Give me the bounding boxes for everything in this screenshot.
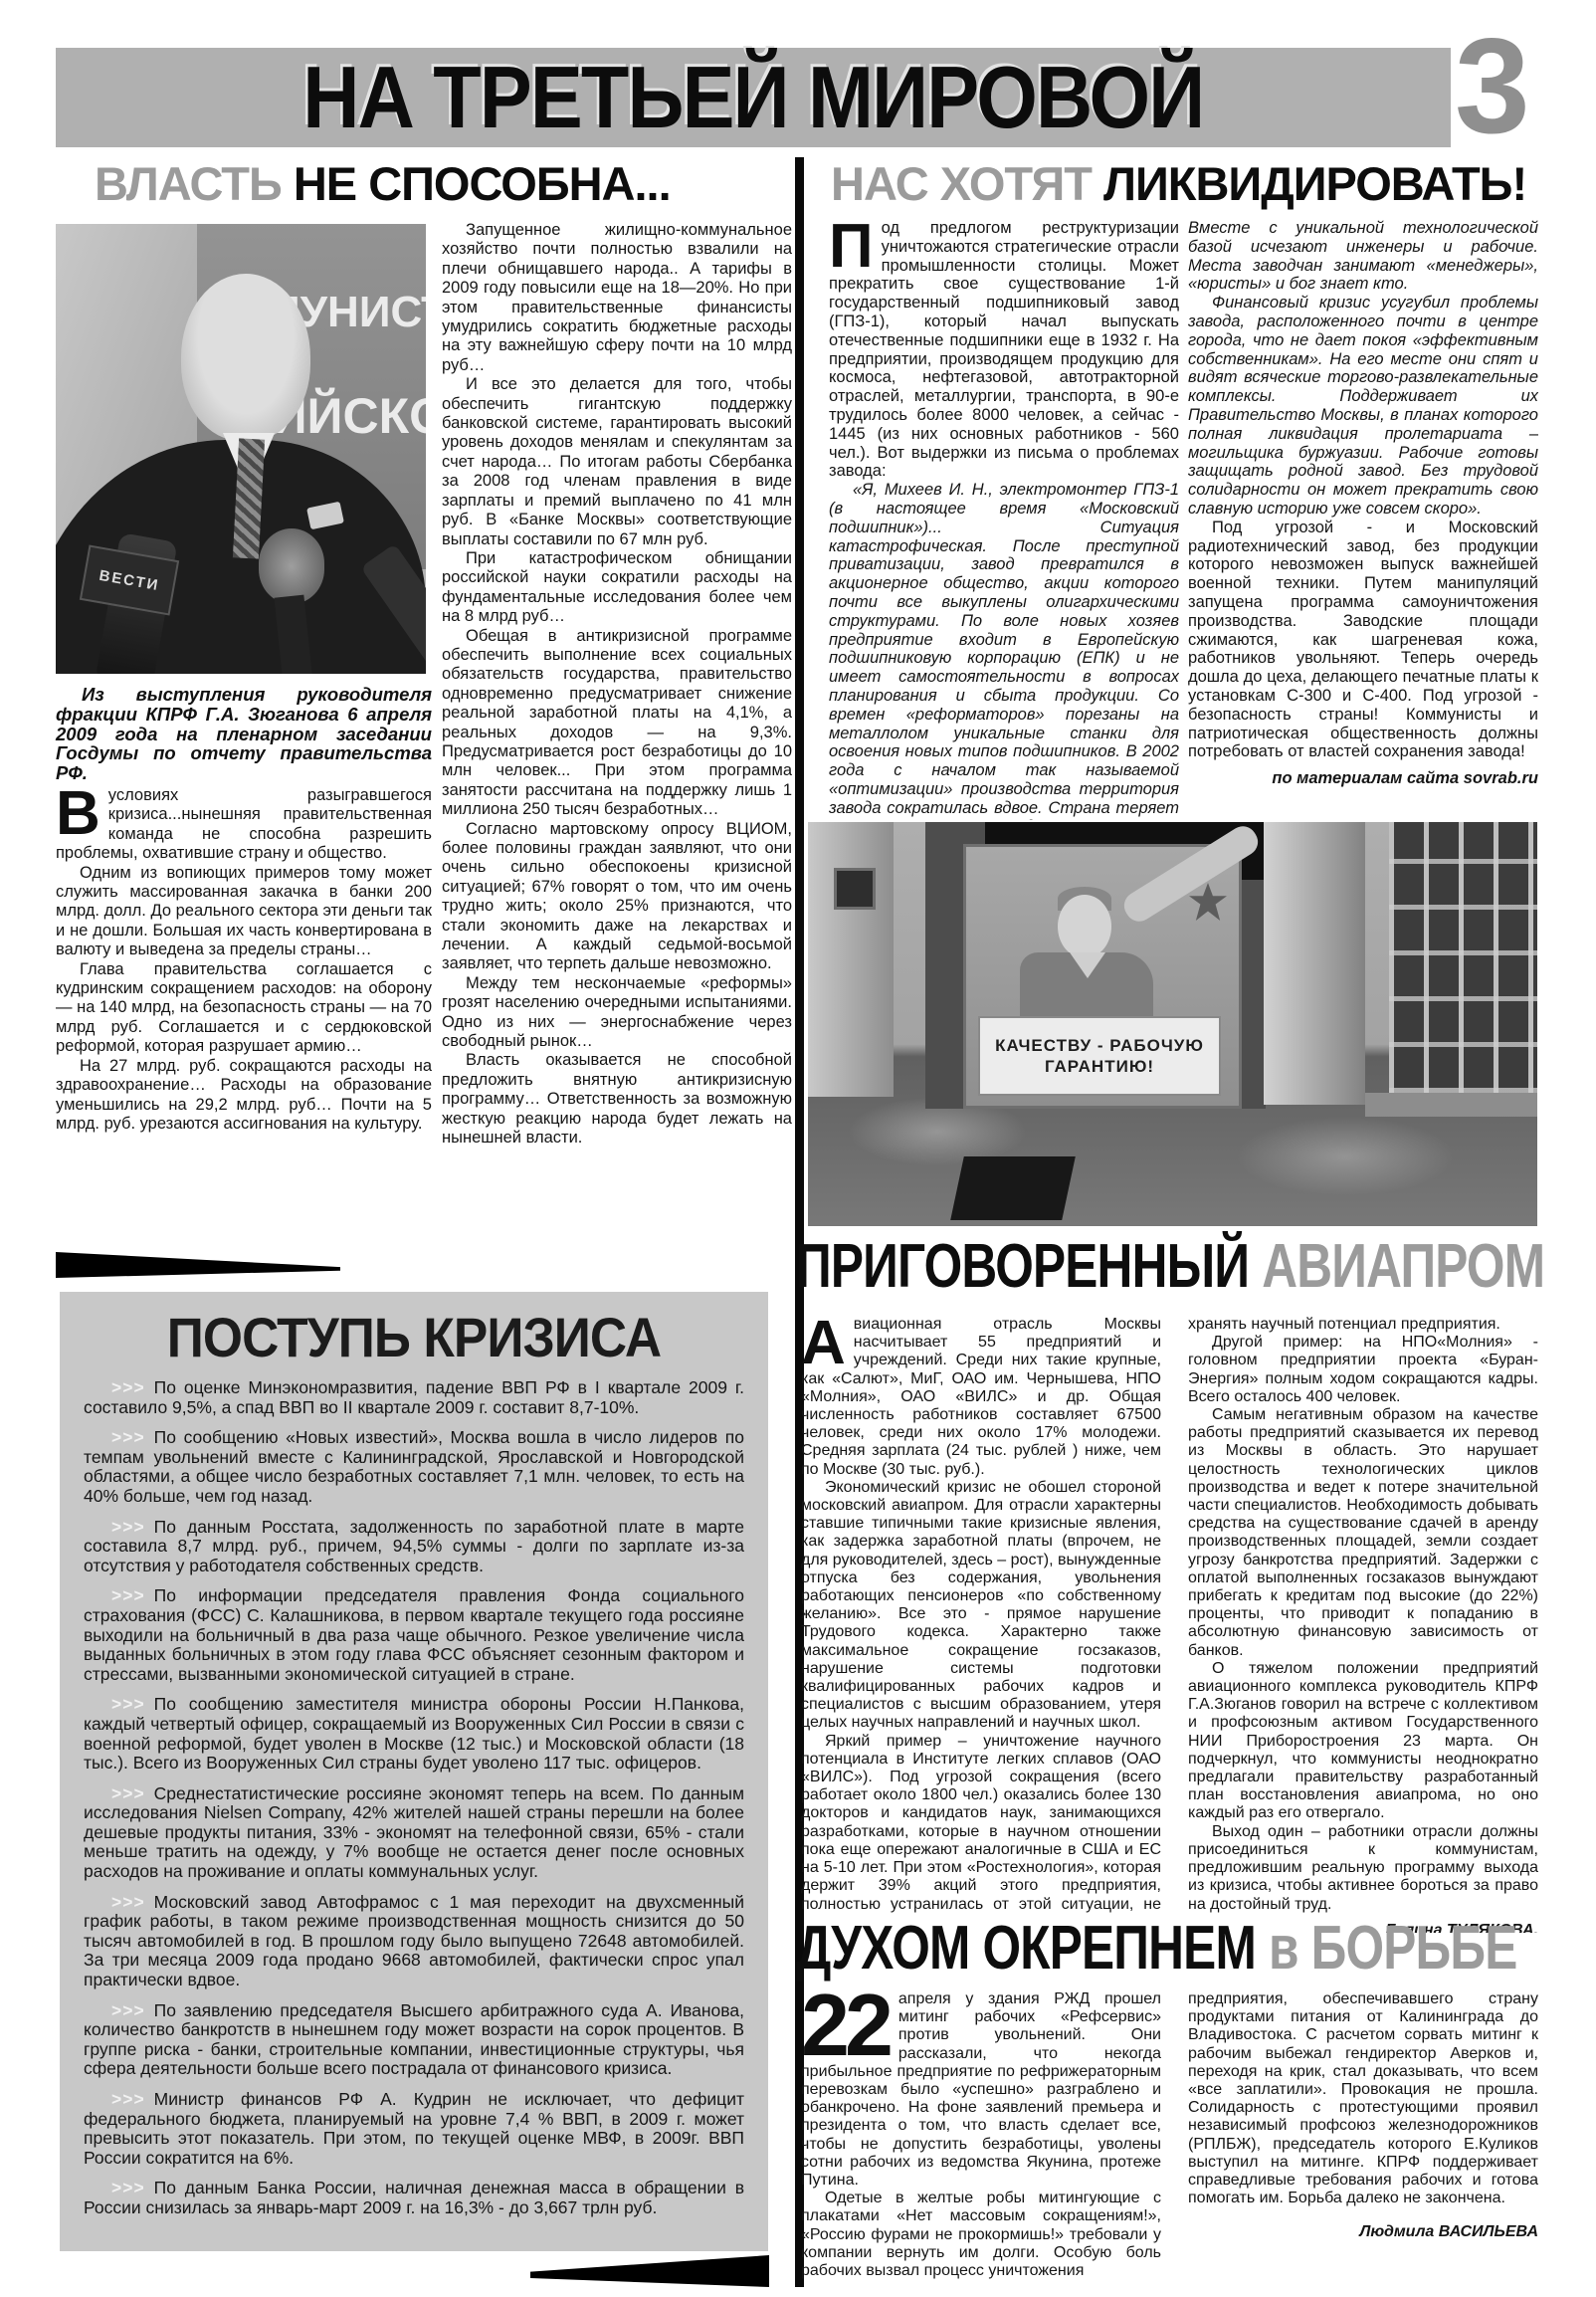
poster-sign-line: КАЧЕСТВУ - РАБОЧУЮ — [995, 1035, 1204, 1056]
crisis-box-title: ПОСТУПЬ КРИЗИСА — [88, 1308, 739, 1367]
headline-aviaprom-gray: АВИАПРОМ — [1262, 1232, 1544, 1301]
crisis-item-text: Министр финансов РФ А. Кудрин не исключа… — [84, 2089, 744, 2168]
headline-likvid-gray: НАС ХОТЯТ — [831, 157, 1092, 210]
chevrons-icon: >>> — [84, 1892, 154, 1912]
crisis-item: >>>По данным Росстата, задолженность по … — [84, 1518, 744, 1576]
crisis-item-text: По оценке Минэкономразвития, падение ВВП… — [84, 1377, 744, 1417]
window-sill — [1365, 1093, 1537, 1117]
wedge-decoration — [530, 2255, 769, 2287]
paragraph: И все это делается для того, чтобы обесп… — [442, 375, 792, 549]
paragraph: Вусловиях разыгравшегося кризиса...нынеш… — [56, 786, 432, 864]
wall-stain — [1236, 1117, 1455, 1196]
paragraph: О тяжелом положении предприятий авиацион… — [1188, 1660, 1538, 1823]
headline-duhom-black: ДУХОМ ОКРЕПНЕМ — [796, 1914, 1256, 1983]
paragraph: Яркий пример – уничтожение научного поте… — [801, 1733, 1161, 1913]
crisis-item-text: Среднестатистические россияне экономят т… — [84, 1783, 744, 1881]
crisis-item-text: По сообщению заместителя министра оборон… — [84, 1694, 744, 1773]
paragraph: Власть оказывается не способной предложи… — [442, 1051, 792, 1148]
poster-sign: КАЧЕСТВУ - РАБОЧУЮ ГАРАНТИЮ! — [978, 1016, 1221, 1096]
article-duhom-column-2: предприятия, обеспечивавшего страну прод… — [1188, 1990, 1538, 2279]
dropcap: А — [801, 1316, 854, 1368]
article-vlast-column-1: Вусловиях разыгравшегося кризиса...нынеш… — [56, 786, 432, 1262]
paragraph: Обещая в антикризисной программе обеспеч… — [442, 627, 792, 820]
crisis-item: >>>По оценке Минэкономразвития, падение … — [84, 1378, 744, 1417]
paragraph: Одетые в желтые робы митингующие с плака… — [801, 2190, 1161, 2279]
soviet-worker-poster: КАЧЕСТВУ - РАБОЧУЮ ГАРАНТИЮ! — [963, 844, 1242, 1109]
newspaper-page: НА ТРЕТЬЕЙ МИРОВОЙ 3 ВЛАСТЬ НЕ СПОСОБНА.… — [0, 0, 1596, 2297]
crisis-item: >>>По данным Банка России, наличная дене… — [84, 2179, 744, 2217]
paragraph-text: виационная отрасль Москвы насчитывает 55… — [801, 1316, 1161, 1478]
photo-man-head — [181, 274, 310, 441]
paragraph: Другой пример: на НПО«Молния» - головном… — [1188, 1334, 1538, 1406]
crisis-item-text: По информации председателя правления Фон… — [84, 1585, 744, 1683]
author-line: Людмила ВАСИЛЬЕВА — [1188, 2223, 1538, 2241]
crisis-box: ПОСТУПЬ КРИЗИСА >>>По оценке Минэкономра… — [60, 1292, 768, 2251]
headline-vlast-gray: ВЛАСТЬ — [95, 157, 282, 210]
chevrons-icon: >>> — [84, 1783, 154, 1803]
crisis-item-text: По сообщению «Новых известий», Москва во… — [84, 1427, 744, 1506]
headline-duhom: ДУХОМ ОКРЕПНЕМ в БОРЬБЕ — [796, 1916, 1517, 1982]
dropcap: В — [56, 786, 108, 839]
metal-object — [950, 1156, 1076, 1220]
masthead-band: НА ТРЕТЬЕЙ МИРОВОЙ — [56, 48, 1451, 147]
chevrons-icon: >>> — [84, 1585, 154, 1605]
paragraph: На 27 млрд. руб. сокращаются расходы на … — [56, 1057, 432, 1135]
wall-pillar — [1264, 822, 1365, 1105]
crisis-item: >>>По сообщению заместителя министра обо… — [84, 1695, 744, 1773]
chevrons-icon: >>> — [84, 2089, 154, 2109]
paragraph-letter: Финансовый кризис усугубил проблемы заво… — [1188, 294, 1538, 519]
headline-likvid-black: ЛИКВИДИРОВАТЬ! — [1103, 157, 1526, 210]
photo-mic-label: ВЕСТИ — [98, 566, 160, 593]
paragraph-letter: «Я, Михеев И. Н., электромонтер ГПЗ-1 (в… — [829, 481, 1179, 820]
chevrons-icon: >>> — [84, 1427, 154, 1447]
masthead-title: НА ТРЕТЬЕЙ МИРОВОЙ — [302, 48, 1203, 147]
paragraph: Одним из вопиющих примеров тому может сл… — [56, 864, 432, 960]
photo-factory-wall-poster: КАЧЕСТВУ - РАБОЧУЮ ГАРАНТИЮ! — [808, 822, 1537, 1226]
photo-caption: Из выступления руководителя фракции КПРФ… — [56, 685, 432, 783]
factory-window-grid — [1389, 822, 1537, 1093]
paragraph: Самым негативным образом на качестве раб… — [1188, 1406, 1538, 1660]
crisis-item: >>>Министр финансов РФ А. Кудрин не искл… — [84, 2090, 744, 2168]
paragraph: Под угрозой - и Московский радиотехничес… — [1188, 519, 1538, 761]
crisis-item-text: По данным Росстата, задолженность по зар… — [84, 1517, 744, 1575]
paragraph-text: условиях разыгравшегося кризиса...нынешн… — [56, 786, 432, 862]
chevrons-icon: >>> — [84, 2000, 154, 2020]
chevrons-icon: >>> — [84, 1694, 154, 1714]
headline-aviaprom-black: ПРИГОВОРЕННЫЙ — [796, 1232, 1249, 1301]
crisis-item: >>>По информации председателя правления … — [84, 1586, 744, 1684]
paragraph: Под предлогом реструктуризации уничтожаю… — [829, 219, 1179, 481]
paragraph: Запущенное жилищно-коммунальное хозяйств… — [442, 221, 792, 375]
wall-pillar — [808, 822, 894, 1097]
chevrons-icon: >>> — [84, 1377, 154, 1397]
crisis-item: >>>Московский завод Автофрамос с 1 мая п… — [84, 1893, 744, 1990]
crisis-item-text: По данным Банка России, наличная денежна… — [84, 2178, 744, 2217]
page-number: 3 — [1455, 18, 1526, 153]
paragraph: Экономический кризис не обошел стороной … — [801, 1479, 1161, 1733]
paragraph-text: од предлогом реструктуризации уничтожают… — [829, 219, 1179, 480]
paragraph: При катастрофическом обнищании российско… — [442, 549, 792, 627]
headline-vlast: ВЛАСТЬ НЕ СПОСОБНА... — [95, 159, 671, 209]
wall-vent — [834, 868, 876, 910]
article-vlast-column-2: Запущенное жилищно-коммунальное хозяйств… — [442, 221, 792, 1264]
poster-sign-line: ГАРАНТИЮ! — [1045, 1056, 1154, 1077]
crisis-item: >>>По сообщению «Новых известий», Москва… — [84, 1428, 744, 1506]
crisis-box-items: >>>По оценке Минэкономразвития, падение … — [60, 1378, 768, 2218]
paragraph: Согласно мартовскому опросу ВЦИОМ, более… — [442, 820, 792, 974]
paragraph: предприятия, обеспечивавшего страну прод… — [1188, 1990, 1538, 2207]
chevrons-icon: >>> — [84, 2178, 154, 2197]
dropcap: П — [829, 219, 882, 272]
chevrons-icon: >>> — [84, 1517, 154, 1537]
paragraph: Глава правительства соглашается с кудрин… — [56, 960, 432, 1057]
article-duhom-column-1: 22апреля у здания РЖД прошел митинг рабо… — [801, 1990, 1161, 2279]
photo-zyuganov-press-conference: МУНИСТ СИЙСКО ВЕСТИ — [56, 224, 426, 674]
paragraph: Между тем нескончаемые «реформы» грозят … — [442, 974, 792, 1052]
article-aviaprom-column-2: хранять научный потенциал предприятия. Д… — [1188, 1316, 1538, 1933]
poster-worker-head — [1058, 895, 1111, 958]
paragraph: Выход один – работники отрасли должны пр… — [1188, 1823, 1538, 1914]
crisis-item-text: По заявлению председателя Высшего арбитр… — [84, 2000, 744, 2079]
dropcap: 22 — [801, 1990, 898, 2058]
paragraph: Авиационная отрасль Москвы насчитывает 5… — [801, 1316, 1161, 1479]
crisis-item-text: Московский завод Автофрамос с 1 мая пере… — [84, 1892, 744, 1989]
article-likvid-column-2: Вместе с уникальной технологической базо… — [1188, 219, 1538, 796]
photo-microphone — [259, 528, 324, 604]
headline-vlast-black: НЕ СПОСОБНА... — [294, 157, 671, 210]
paragraph-letter: Вместе с уникальной технологической базо… — [1188, 219, 1538, 294]
source-line: по материалам сайта sovrab.ru — [1188, 769, 1538, 788]
paragraph: 22апреля у здания РЖД прошел митинг рабо… — [801, 1990, 1161, 2190]
headline-aviaprom: ПРИГОВОРЕННЫЙ АВИАПРОМ — [796, 1234, 1544, 1300]
headline-duhom-gray: в БОРЬБЕ — [1269, 1914, 1517, 1983]
crisis-item: >>>По заявлению председателя Высшего арб… — [84, 2001, 744, 2079]
crisis-item: >>>Среднестатистические россияне экономя… — [84, 1784, 744, 1882]
article-likvid-column-1: Под предлогом реструктуризации уничтожаю… — [829, 219, 1179, 820]
paragraph: хранять научный потенциал предприятия. — [1188, 1316, 1538, 1334]
headline-likvid: НАС ХОТЯТ ЛИКВИДИРОВАТЬ! — [831, 159, 1526, 209]
article-aviaprom-column-1: Авиационная отрасль Москвы насчитывает 5… — [801, 1316, 1161, 1913]
